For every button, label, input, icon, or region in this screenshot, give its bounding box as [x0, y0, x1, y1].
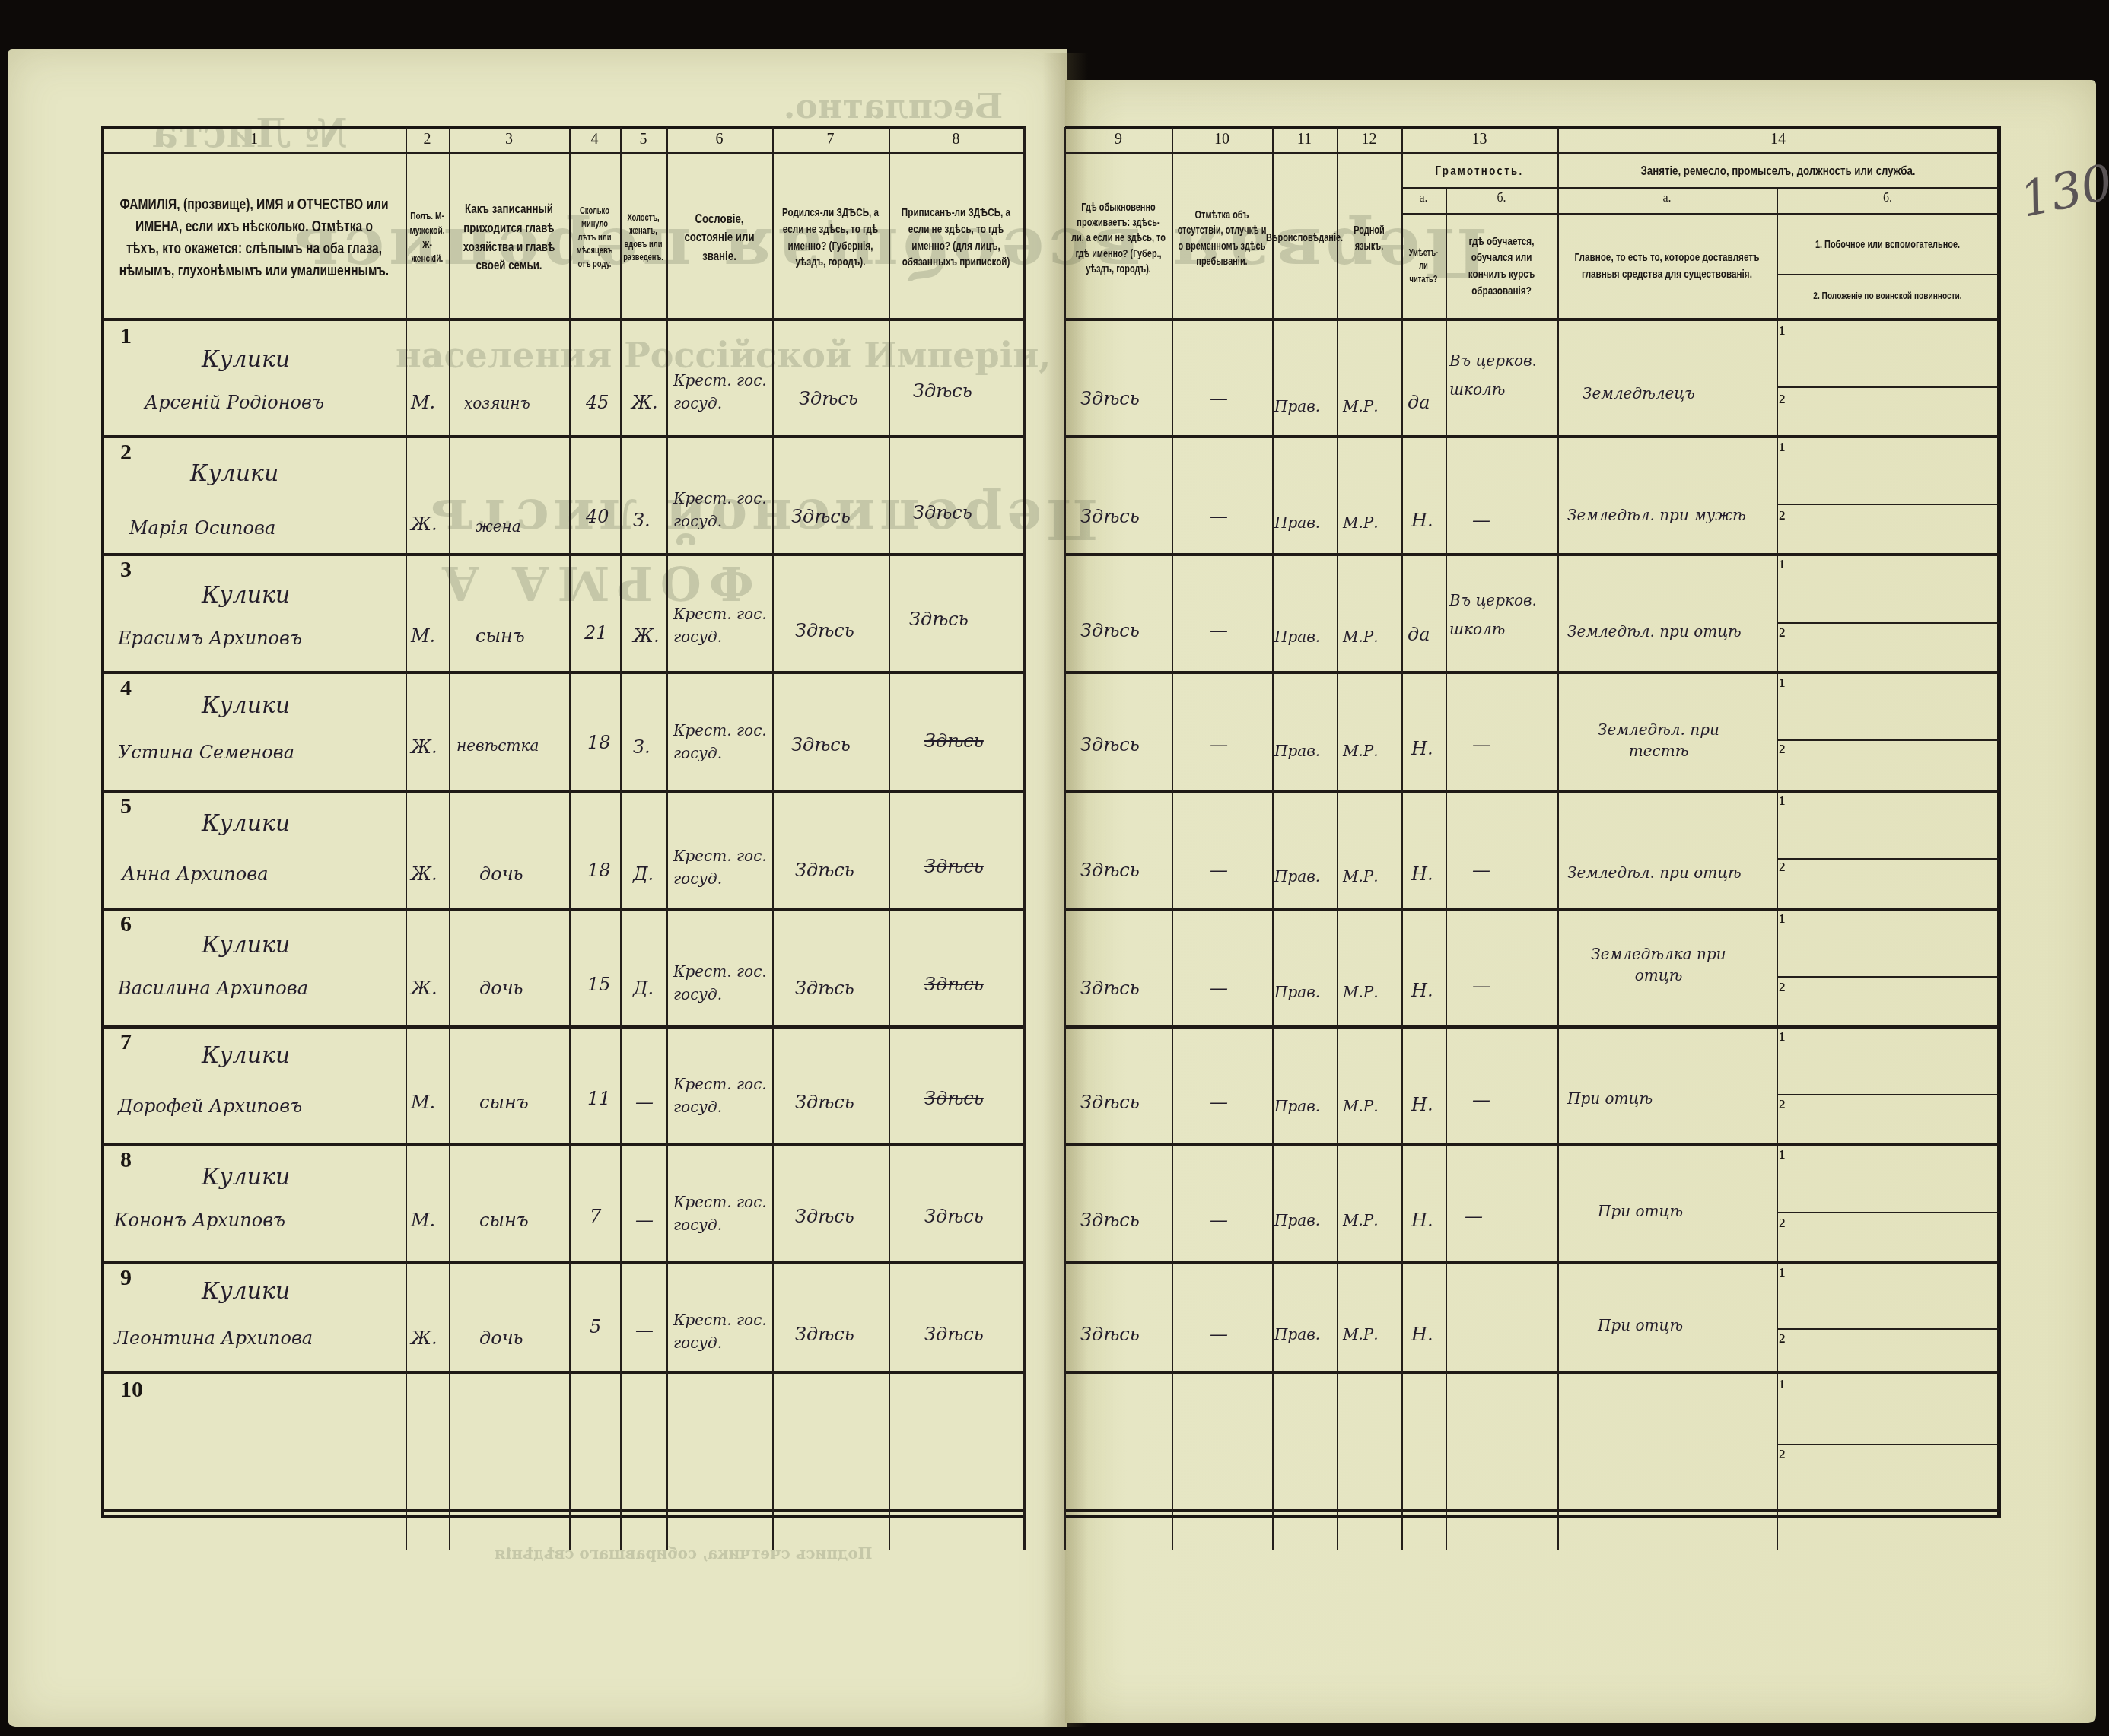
col-header-occupation: Занятіе, ремесло, промыселъ, должность и…: [1606, 156, 1950, 186]
row-number: 1: [120, 323, 132, 349]
occupation-main: Земледѣлка при отцѣ: [1567, 943, 1750, 986]
surname: Кулики: [202, 1042, 290, 1069]
sub-marker-1: 1: [1779, 1265, 1786, 1280]
registered-place: Здѣсь: [924, 856, 984, 877]
col-number-1: 1: [103, 131, 406, 148]
col-number-7: 7: [772, 131, 889, 148]
age: 7: [590, 1206, 601, 1227]
occupation-main: Земледѣл. при тестѣ: [1567, 719, 1750, 761]
sex: Ж.: [411, 1327, 437, 1349]
birthplace: Здѣсь: [795, 978, 854, 999]
full-name: Устина Семенова: [118, 742, 294, 763]
education: Въ церков. школѣ: [1449, 346, 1556, 404]
age: 40: [586, 506, 609, 527]
surname: Кулики: [190, 460, 278, 487]
estate: Крест. гос. госуд.: [673, 1073, 771, 1118]
surname: Кулики: [202, 1164, 290, 1191]
education: Въ церков. школѣ: [1449, 586, 1556, 644]
relation: жена: [476, 517, 521, 536]
sub-marker-2: 2: [1779, 1216, 1786, 1231]
age: 21: [584, 622, 608, 644]
can-read: Н.: [1411, 863, 1433, 885]
sub-marker-2: 2: [1779, 860, 1786, 875]
age: 45: [586, 392, 609, 413]
census-table-right: [1065, 126, 2001, 1518]
col-13a-label: а.: [1401, 192, 1446, 205]
full-name: Кононъ Архиповъ: [114, 1210, 285, 1231]
occupation-main: Земледѣл. при мужѣ: [1567, 506, 1746, 524]
col-13b-label: б.: [1446, 192, 1557, 205]
absence-mark: —: [1210, 978, 1228, 999]
education: —: [1472, 860, 1490, 881]
religion: Прав.: [1274, 1325, 1320, 1343]
full-name: Дорофей Архиповъ: [118, 1095, 302, 1117]
native-language: М.Р.: [1343, 628, 1379, 646]
relation: сынъ: [476, 625, 525, 647]
relation: невѣстка: [456, 736, 539, 755]
age: 15: [587, 974, 611, 995]
birthplace: Здѣсь: [795, 1206, 854, 1227]
col-number-2: 2: [406, 131, 449, 148]
row-number: 7: [120, 1029, 132, 1055]
registered-place: Здѣсь: [924, 974, 984, 995]
sex: Ж.: [411, 863, 437, 885]
residence: Здѣсь: [1080, 978, 1140, 999]
absence-mark: —: [1210, 620, 1228, 641]
col-number-6: 6: [666, 131, 772, 148]
sub-marker-1: 1: [1779, 676, 1786, 691]
sex: М.: [411, 1210, 435, 1231]
occupation-main: При отцѣ: [1567, 1089, 1653, 1108]
estate: Крест. гос. госуд.: [673, 719, 771, 765]
native-language: М.Р.: [1343, 513, 1379, 532]
age: 18: [587, 860, 611, 881]
row-number: 3: [120, 557, 132, 583]
surname: Кулики: [202, 1278, 290, 1305]
age: 11: [587, 1088, 611, 1109]
col-14b-label: б.: [1777, 192, 1999, 205]
registered-place: Здѣсь: [913, 502, 972, 523]
can-read: Н.: [1411, 510, 1433, 531]
education: —: [1472, 734, 1490, 755]
native-language: М.Р.: [1343, 1325, 1379, 1343]
religion: Прав.: [1274, 1097, 1320, 1115]
birthplace: Здѣсь: [791, 734, 851, 755]
sub-marker-1: 1: [1779, 1029, 1786, 1044]
col-number-9: 9: [1065, 131, 1172, 148]
native-language: М.Р.: [1343, 742, 1379, 760]
col-header-residence: Гдѣ обыкновенно проживаетъ: здѣсь-ли, а …: [1071, 160, 1166, 316]
native-language: М.Р.: [1343, 1211, 1379, 1229]
can-read: Н.: [1411, 1324, 1433, 1345]
surname: Кулики: [202, 932, 290, 959]
marital-status: Д.: [633, 863, 654, 885]
residence: Здѣсь: [1080, 1210, 1140, 1231]
full-name: Василина Архипова: [118, 978, 308, 999]
registered-place: Здѣсь: [924, 730, 984, 752]
col-header-religion: Вѣроисповѣданіе.: [1276, 160, 1332, 316]
relation: сынъ: [479, 1210, 529, 1231]
occupation-main: При отцѣ: [1598, 1202, 1683, 1220]
marital-status: З.: [633, 736, 651, 758]
full-name: Марія Осипова: [129, 517, 275, 539]
native-language: М.Р.: [1343, 983, 1379, 1001]
marital-status: Ж.: [633, 625, 660, 647]
ghost-footer: Подпись счетчика, собиравшаго свѣдѣнія: [495, 1544, 873, 1563]
education: —: [1472, 1089, 1490, 1111]
sub-marker-1: 1: [1779, 793, 1786, 809]
col-header-name: ФАМИЛІЯ, (прозвище), ИМЯ и ОТЧЕСТВО или …: [118, 160, 390, 316]
marital-status: З.: [633, 510, 651, 531]
row-number: 2: [120, 440, 132, 466]
can-read: да: [1408, 624, 1430, 645]
religion: Прав.: [1274, 513, 1320, 532]
col-number-10: 10: [1172, 131, 1272, 148]
col-number-5: 5: [620, 131, 666, 148]
col-number-11: 11: [1272, 131, 1337, 148]
occupation-main: Земледѣл. при отцѣ: [1567, 622, 1742, 641]
relation: сынъ: [479, 1092, 529, 1113]
sub-marker-2: 2: [1779, 980, 1786, 995]
birthplace: Здѣсь: [799, 388, 858, 409]
estate: Крест. гос. госуд.: [673, 603, 771, 648]
surname: Кулики: [202, 582, 290, 609]
col-header-military-status: 2. Положеніе по воинской повинности.: [1792, 275, 1983, 316]
full-name: Ерасимъ Архиповъ: [118, 628, 302, 649]
full-name: Арсеній Родіоновъ: [145, 392, 324, 413]
sub-marker-2: 2: [1779, 1097, 1786, 1112]
sex: Ж.: [411, 736, 437, 758]
absence-mark: —: [1210, 1324, 1228, 1345]
row-number: 10: [120, 1377, 143, 1403]
surname: Кулики: [202, 810, 290, 837]
religion: Прав.: [1274, 397, 1320, 415]
religion: Прав.: [1274, 1211, 1320, 1229]
sub-marker-1: 1: [1779, 557, 1786, 572]
residence: Здѣсь: [1080, 620, 1140, 641]
registered-place: Здѣсь: [909, 609, 969, 630]
occupation-main: Земледѣл. при отцѣ: [1567, 863, 1742, 882]
col-14a-label: а.: [1557, 192, 1777, 205]
residence: Здѣсь: [1080, 1324, 1140, 1345]
can-read: Н.: [1411, 738, 1433, 759]
col-header-estate: Сословіе, состояніе или званіе.: [678, 160, 760, 316]
residence: Здѣсь: [1080, 734, 1140, 755]
registered-place: Здѣсь: [913, 380, 972, 402]
col-number-14: 14: [1557, 131, 1999, 148]
sub-marker-1: 1: [1779, 1377, 1786, 1392]
absence-mark: —: [1210, 388, 1228, 409]
sub-marker-1: 1: [1779, 323, 1786, 339]
col-header-occupation-secondary: 1. Побочное или вспомогательное.: [1792, 217, 1983, 272]
occupation-main: При отцѣ: [1598, 1316, 1683, 1334]
col-number-13: 13: [1401, 131, 1557, 148]
birthplace: Здѣсь: [795, 620, 854, 641]
age: 5: [590, 1316, 601, 1337]
religion: Прав.: [1274, 983, 1320, 1001]
absence-mark: —: [1210, 1092, 1228, 1113]
row-number: 8: [120, 1147, 132, 1173]
education: —: [1465, 1206, 1483, 1227]
can-read: Н.: [1411, 980, 1433, 1001]
relation: дочь: [479, 978, 523, 999]
sub-marker-2: 2: [1779, 625, 1786, 641]
col-number-8: 8: [889, 131, 1023, 148]
birthplace: Здѣсь: [795, 1324, 854, 1345]
col-header-registered: Приписанъ-ли ЗДѢСЬ, а если не здѣсь, то …: [898, 160, 1015, 316]
col-header-literacy: Грамотность.: [1419, 156, 1541, 186]
estate: Крест. гос. госуд.: [673, 487, 771, 533]
absence-mark: —: [1210, 860, 1228, 881]
sub-marker-2: 2: [1779, 1331, 1786, 1347]
sex: М.: [411, 392, 435, 413]
religion: Прав.: [1274, 742, 1320, 760]
can-read: да: [1408, 392, 1430, 413]
relation: дочь: [479, 863, 523, 885]
religion: Прав.: [1274, 628, 1320, 646]
col-number-4: 4: [569, 131, 620, 148]
occupation-main: Земледѣлецъ: [1583, 384, 1695, 402]
estate: Крест. гос. госуд.: [673, 844, 771, 890]
residence: Здѣсь: [1080, 388, 1140, 409]
sex: М.: [411, 625, 435, 647]
religion: Прав.: [1274, 867, 1320, 885]
residence: Здѣсь: [1080, 1092, 1140, 1113]
education: —: [1472, 975, 1490, 997]
row-number: 4: [120, 676, 132, 701]
surname: Кулики: [202, 692, 290, 719]
col-header-occupation-main: Главное, то есть то, которое доставляетъ…: [1571, 217, 1762, 316]
sub-marker-1: 1: [1779, 440, 1786, 455]
registered-place: Здѣсь: [924, 1206, 984, 1227]
birthplace: Здѣсь: [791, 506, 851, 527]
col-header-sex: Полъ. М-мужской. Ж-женскій.: [409, 160, 446, 316]
col-number-3: 3: [449, 131, 569, 148]
absence-mark: —: [1210, 1210, 1228, 1231]
absence-mark: —: [1210, 734, 1228, 755]
sub-marker-2: 2: [1779, 1447, 1786, 1462]
row-number: 5: [120, 793, 132, 819]
col-header-marital: Холостъ, женатъ, вдовъ или разведенъ.: [623, 160, 663, 316]
full-name: Анна Архипова: [122, 863, 268, 885]
estate: Крест. гос. госуд.: [673, 1191, 771, 1236]
native-language: М.Р.: [1343, 1097, 1379, 1115]
row-number: 6: [120, 911, 132, 937]
birthplace: Здѣсь: [795, 860, 854, 881]
col-header-education: гдѣ обучается, обучался или кончилъ курс…: [1452, 217, 1551, 316]
native-language: М.Р.: [1343, 397, 1379, 415]
can-read: Н.: [1411, 1210, 1433, 1231]
sub-marker-2: 2: [1779, 742, 1786, 757]
estate: Крест. гос. госуд.: [673, 369, 771, 415]
full-name: Леонтина Архипова: [114, 1327, 313, 1349]
col-header-relation: Какъ записанный приходится главѣ хозяйст…: [453, 160, 565, 316]
education: —: [1472, 510, 1490, 531]
registered-place: Здѣсь: [924, 1324, 984, 1345]
sex: Ж.: [411, 978, 437, 999]
marital-status: —: [635, 1210, 654, 1231]
marital-status: —: [635, 1320, 654, 1341]
estate: Крест. гос. госуд.: [673, 1308, 771, 1354]
native-language: М.Р.: [1343, 867, 1379, 885]
residence: Здѣсь: [1080, 860, 1140, 881]
col-header-language: Родной языкъ.: [1341, 160, 1397, 316]
row-number: 9: [120, 1265, 132, 1291]
sub-marker-2: 2: [1779, 508, 1786, 523]
col-header-birthplace: Родился-ли ЗДѢСЬ, а если не здѣсь, то гд…: [779, 160, 882, 316]
absence-mark: —: [1210, 506, 1228, 527]
marital-status: Д.: [633, 978, 654, 999]
residence: Здѣсь: [1080, 506, 1140, 527]
col-header-absence: Отмѣтка объ отсутствіи, отлучкѣ и о врем…: [1177, 160, 1268, 316]
registered-place: Здѣсь: [924, 1088, 984, 1109]
surname: Кулики: [202, 346, 290, 373]
relation: хозяинъ: [464, 394, 530, 412]
sex: Ж.: [411, 513, 437, 535]
ghost-free-label: Бесплатно.: [784, 87, 1003, 126]
marital-status: Ж.: [631, 392, 658, 413]
birthplace: Здѣсь: [795, 1092, 854, 1113]
sub-marker-2: 2: [1779, 392, 1786, 407]
sex: М.: [411, 1092, 435, 1113]
col-header-can-read: Умѣетъ-ли читать?: [1405, 217, 1442, 316]
sub-marker-1: 1: [1779, 911, 1786, 927]
age: 18: [587, 732, 611, 753]
sub-marker-1: 1: [1779, 1147, 1786, 1162]
col-header-age: Сколько минуло лѣтъ или мѣсяцевъ отъ род…: [573, 160, 616, 316]
estate: Крест. гос. госуд.: [673, 960, 771, 1006]
can-read: Н.: [1411, 1094, 1433, 1115]
marital-status: —: [635, 1092, 654, 1113]
relation: дочь: [479, 1327, 523, 1349]
col-number-12: 12: [1337, 131, 1401, 148]
